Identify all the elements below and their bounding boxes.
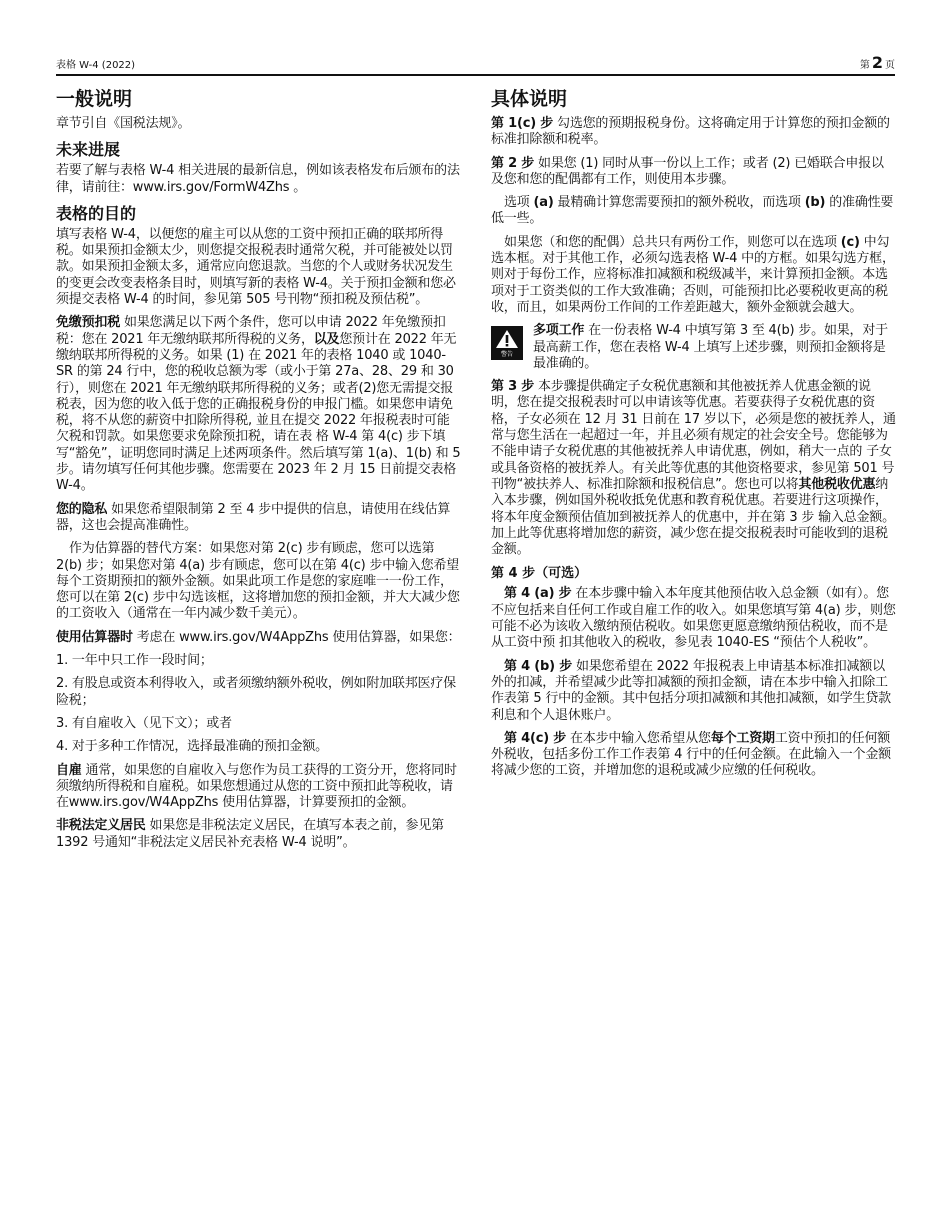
general-instructions-title: 一般说明 (56, 86, 461, 112)
warning-label: 警告 (491, 351, 523, 358)
estimator-list-item: 4. 对于多种工作情况，选择最准确的预扣金额。 (56, 739, 461, 755)
step-4b-paragraph: 第 4 (b) 步 如果您希望在 2022 年报税表上申请基本标准扣减额以外的扣… (491, 659, 896, 724)
warning-text: 多项工作 在一份表格 W-4 中填写第 3 至 4(b) 步。如果，对于最高薪工… (533, 323, 896, 372)
right-column: 具体说明 第 1(c) 步 勾选您的预期报税身份。这将确定用于计算您的预扣金额的… (491, 86, 896, 787)
estimator-list-item: 2. 有股息或资本利得收入，或者须缴纳额外税收，例如附加联邦医疗保险税； (56, 676, 461, 709)
estimator-list-item: 3. 有自雇收入（见下文）；或者 (56, 716, 461, 732)
page-header: 表格 W-4 (2022) 第2页 (56, 55, 895, 76)
step-4c-paragraph: 第 4(c) 步 在本步中输入您希望从您每个工资期工资中预扣的任何额外税收，包括… (491, 731, 896, 780)
purpose-text: 填写表格 W-4，以便您的雇主可以从您的工资中预扣正确的联邦所得税。如果预扣金额… (56, 227, 461, 308)
step-3-paragraph: 第 3 步 本步骤提供确定子女税优惠额和其他被抚养人优惠金额的说明，您在提交报税… (491, 379, 896, 558)
form-id: 表格 W-4 (2022) (56, 56, 135, 71)
multiple-jobs-warning: 警告 多项工作 在一份表格 W-4 中填写第 3 至 4(b) 步。如果，对于最… (491, 323, 896, 372)
exemption-paragraph: 免缴预扣税 如果您满足以下两个条件，您可以申请 2022 年免缴预扣税：您在 2… (56, 315, 461, 494)
future-developments-heading: 未来进展 (56, 139, 461, 161)
nonresident-paragraph: 非税法定义居民 如果您是非税法定义居民，在填写本表之前，参见第 1392 号通知… (56, 818, 461, 851)
estimator-list-item: 1. 一年中只工作一段时间； (56, 653, 461, 669)
options-paragraph: 选项 (a) 最精确计算您需要预扣的额外税收，而选项 (b) 的准确性要低一些。 (491, 195, 896, 228)
page-number: 第2页 (860, 53, 895, 72)
step-4a-paragraph: 第 4 (a) 步 在本步骤中输入本年度其他预估收入总金额（如有）。您不应包括来… (491, 586, 896, 651)
specific-instructions-title: 具体说明 (491, 86, 896, 112)
two-jobs-paragraph: 如果您（和您的配偶）总共只有两份工作，则您可以在选项 (c) 中勾选本框。对于其… (491, 235, 896, 316)
left-column: 一般说明 章节引自《国税法规》。 未来进展 若要了解与表格 W-4 相关进展的最… (56, 86, 461, 858)
future-developments-text: 若要了解与表格 W-4 相关进展的最新信息，例如该表格发布后颁布的法律，请前往：… (56, 163, 461, 196)
intro-text: 章节引自《国税法规》。 (56, 116, 461, 132)
alternative-paragraph: 作为估算器的替代方案：如果您对第 2(c) 步有顾虑，您可以选第 2(b) 步；… (56, 541, 461, 622)
estimator-paragraph: 使用估算器时 考虑在 www.irs.gov/W4AppZhs 使用估算器，如果… (56, 630, 461, 646)
privacy-paragraph: 您的隐私 如果您希望限制第 2 至 4 步中提供的信息，请使用在线估算器，这也会… (56, 502, 461, 535)
step-4-heading: 第 4 步（可选） (491, 565, 896, 582)
warning-icon: 警告 (491, 326, 523, 360)
purpose-heading: 表格的目的 (56, 203, 461, 225)
self-employment-paragraph: 自雇 通常，如果您的自雇收入与您作为员工获得的工资分开，您将同时须缴纳所得税和自… (56, 763, 461, 812)
step-1c-paragraph: 第 1(c) 步 勾选您的预期报税身份。这将确定用于计算您的预扣金额的标准扣除额… (491, 116, 896, 149)
step-2-paragraph: 第 2 步 如果您 (1) 同时从事一份以上工作；或者 (2) 已婚联合申报以及… (491, 156, 896, 189)
